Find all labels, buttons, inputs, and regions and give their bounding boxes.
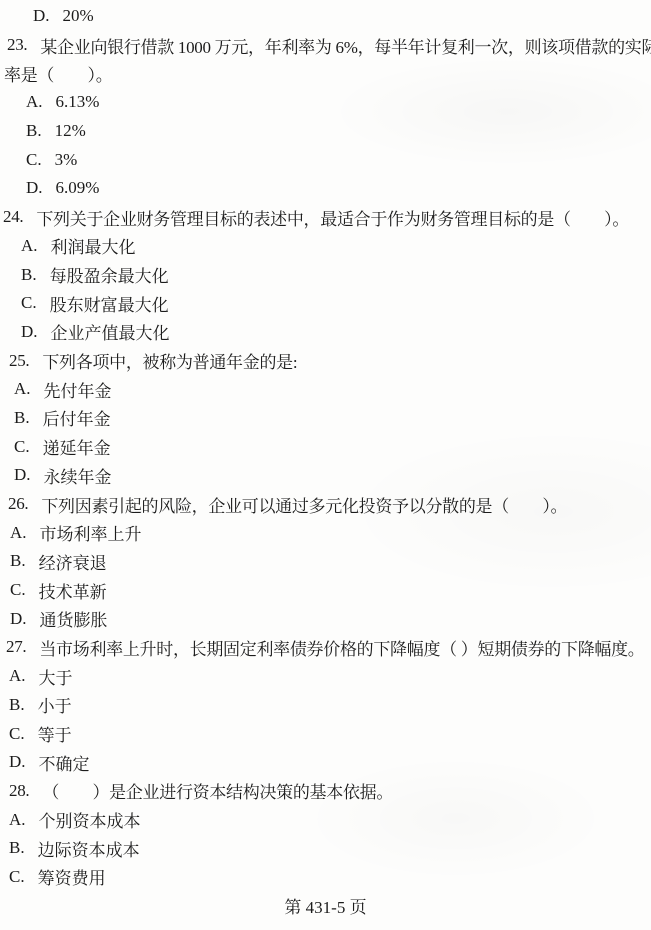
option-label: B.: [26, 121, 42, 141]
option-text: 筹资费用: [38, 864, 106, 889]
option-text: 不确定: [39, 750, 90, 775]
question-stem: 25.下列各项中，被称为普通年金的是:: [0, 346, 651, 375]
option-text: 等于: [38, 721, 72, 746]
option-row: B.后付年金: [0, 404, 651, 433]
option-label: B.: [9, 838, 25, 858]
option-label: C.: [9, 724, 25, 744]
question-number: 24.: [3, 207, 23, 227]
option-row: D.永续年金: [0, 461, 651, 490]
question-number: 23.: [7, 35, 27, 55]
option-row: A.6.13%: [0, 88, 651, 117]
option-row: C.技术革新: [0, 576, 651, 605]
option-text: 股东财富最大化: [50, 291, 169, 316]
question-stem: 率是（ ）。: [0, 59, 651, 88]
option-text: 大于: [39, 664, 73, 689]
option-label: B.: [10, 551, 26, 571]
question-stem-text: 当市场利率上升时，长期固定利率债券价格的下降幅度（ ）短期债券的下降幅度。: [39, 635, 644, 660]
question-stem-text: 下列各项中，被称为普通年金的是:: [42, 348, 297, 373]
page-number: 第 431-5 页: [284, 893, 366, 918]
question-stem: 24.下列关于企业财务管理目标的表述中，最适合于作为财务管理目标的是（ ）。: [0, 203, 651, 232]
question: 28.（ ）是企业进行资本结构决策的基本依据。A.个别资本成本B.边际资本成本C…: [0, 777, 651, 892]
option-row: A.先付年金: [0, 375, 651, 404]
option-label: A.: [26, 92, 43, 112]
option-text: 6.09%: [56, 178, 100, 198]
option-row: C.3%: [0, 145, 651, 174]
option-row: B.12%: [0, 117, 651, 146]
option-row: D. 20%: [0, 2, 651, 31]
question-stem: 28.（ ）是企业进行资本结构决策的基本依据。: [0, 777, 651, 806]
question: 23.某企业向银行借款 1000 万元，年利率为 6%，每半年计复利一次，则该项…: [0, 31, 651, 203]
option-row: C.等于: [0, 719, 651, 748]
question-stem-text: （ ）是企业进行资本结构决策的基本依据。: [42, 778, 393, 803]
option-row: C.递延年金: [0, 432, 651, 461]
option-text: 技术革新: [39, 578, 107, 603]
question-stem: 23.某企业向银行借款 1000 万元，年利率为 6%，每半年计复利一次，则该项…: [0, 31, 651, 60]
option-row: C.股东财富最大化: [0, 289, 651, 318]
option-label: A.: [14, 379, 31, 399]
option-text: 3%: [55, 150, 78, 170]
question-number: 25.: [9, 351, 29, 371]
option-row: B.小于: [0, 691, 651, 720]
option-row: D.企业产值最大化: [0, 318, 651, 347]
question: 24.下列关于企业财务管理目标的表述中，最适合于作为财务管理目标的是（ ）。A.…: [0, 203, 651, 346]
option-text: 个别资本成本: [39, 807, 141, 832]
option-text: 经济衰退: [39, 549, 107, 574]
exam-page: D. 20% 23.某企业向银行借款 1000 万元，年利率为 6%，每半年计复…: [0, 0, 651, 930]
option-row: D.6.09%: [0, 174, 651, 203]
option-row: D.通货膨胀: [0, 604, 651, 633]
option-label: C.: [10, 580, 26, 600]
question-stem: 27.当市场利率上升时，长期固定利率债券价格的下降幅度（ ）短期债券的下降幅度。: [0, 633, 651, 662]
question-stem-text: 下列因素引起的风险，企业可以通过多元化投资予以分散的是（ ）。: [41, 492, 567, 517]
option-text: 先付年金: [44, 377, 112, 402]
option-label: A.: [21, 236, 38, 256]
option-label: C.: [9, 867, 25, 887]
question-stem: 26.下列因素引起的风险，企业可以通过多元化投资予以分散的是（ ）。: [0, 490, 651, 519]
question-stem-text: 下列关于企业财务管理目标的表述中，最适合于作为财务管理目标的是（ ）。: [36, 205, 629, 230]
question-list: 23.某企业向银行借款 1000 万元，年利率为 6%，每半年计复利一次，则该项…: [0, 31, 651, 892]
option-text: 20%: [63, 6, 94, 26]
page-footer: 第 431-5 页: [0, 891, 651, 920]
option-label: B.: [9, 695, 25, 715]
option-text: 边际资本成本: [38, 836, 140, 861]
option-label: A.: [10, 523, 27, 543]
option-label: C.: [21, 293, 37, 313]
option-row: B.每股盈余最大化: [0, 260, 651, 289]
option-text: 12%: [55, 121, 86, 141]
option-text: 6.13%: [56, 92, 100, 112]
option-row: C.筹资费用: [0, 863, 651, 892]
question-number: 28.: [9, 781, 29, 801]
option-row: A.大于: [0, 662, 651, 691]
question-stem-text: 某企业向银行借款 1000 万元，年利率为 6%，每半年计复利一次，则该项借款的…: [40, 33, 651, 58]
option-row: B.边际资本成本: [0, 834, 651, 863]
question: 25.下列各项中，被称为普通年金的是:A.先付年金B.后付年金C.递延年金D.永…: [0, 346, 651, 489]
question-number: 27.: [6, 637, 26, 657]
option-text: 企业产值最大化: [51, 319, 170, 344]
option-label: B.: [21, 265, 37, 285]
option-label: B.: [14, 408, 30, 428]
option-text: 后付年金: [43, 405, 111, 430]
option-row: A.市场利率上升: [0, 518, 651, 547]
option-text: 小于: [38, 692, 72, 717]
option-text: 利润最大化: [51, 233, 136, 258]
option-label: A.: [9, 666, 26, 686]
option-row: A.利润最大化: [0, 232, 651, 261]
option-label: D.: [14, 465, 31, 485]
option-text: 通货膨胀: [40, 606, 108, 631]
question: 26.下列因素引起的风险，企业可以通过多元化投资予以分散的是（ ）。A.市场利率…: [0, 490, 651, 633]
option-row: A.个别资本成本: [0, 805, 651, 834]
option-label: D.: [21, 322, 38, 342]
option-text: 永续年金: [44, 463, 112, 488]
option-label: C.: [26, 150, 42, 170]
option-label: D.: [26, 178, 43, 198]
question-number: 26.: [8, 494, 28, 514]
option-row: D.不确定: [0, 748, 651, 777]
option-text: 市场利率上升: [40, 520, 142, 545]
option-label: D.: [33, 6, 50, 26]
option-row: B.经济衰退: [0, 547, 651, 576]
option-text: 每股盈余最大化: [50, 262, 169, 287]
question: 27.当市场利率上升时，长期固定利率债券价格的下降幅度（ ）短期债券的下降幅度。…: [0, 633, 651, 776]
option-text: 递延年金: [43, 434, 111, 459]
option-label: D.: [10, 609, 27, 629]
option-label: A.: [9, 810, 26, 830]
option-label: C.: [14, 437, 30, 457]
option-label: D.: [9, 752, 26, 772]
